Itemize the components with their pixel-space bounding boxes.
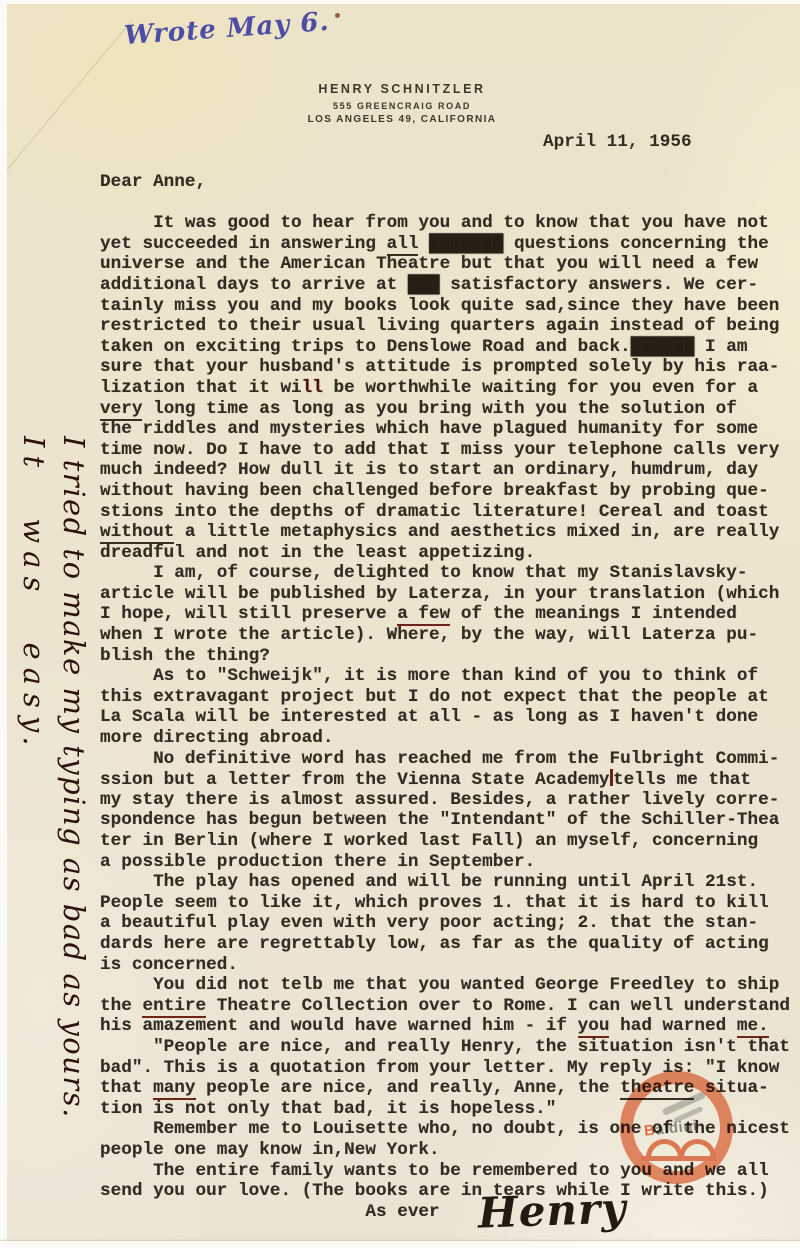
letter-line: when I wrote the article). Where, by the… — [100, 625, 790, 646]
typed-text: article will be published by Laterza, in… — [100, 584, 779, 604]
letter-line: additional days to arrive at ███ satisfa… — [100, 275, 790, 296]
letter-line: more directing abroad. — [100, 728, 790, 749]
underlined-text: you — [578, 1016, 610, 1038]
typed-text: additional days to arrive at — [100, 275, 408, 295]
letter-line: lization that it will be worthwhile wait… — [100, 378, 790, 399]
letter-line: stions into the depths of dramatic liter… — [100, 502, 790, 523]
typed-text: tion is not only that bad, it is hopeles… — [100, 1099, 556, 1119]
typed-text — [418, 234, 429, 254]
letter-line: article will be published by Laterza, in… — [100, 584, 790, 605]
letter-line: As to "Schweijk", it is more than kind o… — [100, 666, 790, 687]
crossed-out-text: ███ — [408, 275, 440, 295]
ink-speck — [335, 13, 340, 18]
letter-line: I am, of course, delighted to know that … — [100, 563, 790, 584]
typed-text: yet succeeded in answering — [100, 234, 387, 254]
letter-line: send you our love. (The books are in tea… — [100, 1181, 790, 1202]
letter-line: very long time as long as you bring with… — [100, 399, 790, 420]
letter-line: The play has opened and will be running … — [100, 872, 790, 893]
typed-text: had warned — [609, 1016, 736, 1036]
typed-text: that — [100, 1078, 153, 1098]
letter-line: La Scala will be interested at all - as … — [100, 707, 790, 728]
typed-text: dreadful and not in the least appetizing… — [100, 543, 535, 563]
typed-text: time now. Do I have to add that I miss y… — [100, 440, 779, 460]
letter-line: sure that your husband's attitude is pro… — [100, 357, 790, 378]
typed-text: his amazement and would have warned him … — [100, 1016, 578, 1036]
underlined-text: entire — [142, 996, 206, 1018]
typed-text: without having been challenged before br… — [100, 481, 769, 501]
letter-line: ter in Berlin (where I worked last Fall)… — [100, 831, 790, 852]
paragraphs: It was good to hear from you and to know… — [100, 213, 790, 1202]
typed-text: dards here are regrettably low, as far a… — [100, 934, 769, 954]
typed-text: tainly miss you and my books look quite … — [100, 296, 779, 316]
margin-note-line: I tried to make my typing as bad as your… — [54, 436, 94, 1076]
underlined-text: me. — [737, 1016, 769, 1038]
letter-line: dreadful and not in the least appetizing… — [100, 543, 790, 564]
letter-date: April 11, 1956 — [543, 132, 692, 152]
letter-line: yet succeeded in answering all ███████ q… — [100, 234, 790, 255]
letter-line: ssion but a letter from the Vienna State… — [100, 769, 790, 790]
letter-line: taken on exciting trips to Denslowe Road… — [100, 337, 790, 358]
handwritten-date-note: Wrote May 6. — [123, 7, 330, 51]
letter-line: time now. Do I have to add that I miss y… — [100, 440, 790, 461]
typed-text: the riddles and mysteries which have pla… — [100, 419, 758, 439]
typed-text: I am, of course, delighted to know that … — [100, 563, 747, 583]
typed-text: Theatre Collection over to Rome. I can w… — [206, 996, 790, 1016]
letter-line: People seem to like it, which proves 1. … — [100, 893, 790, 914]
letter-line: restricted to their usual living quarter… — [100, 316, 790, 337]
letterhead-street: 555 GREENCRAIG ROAD — [250, 101, 554, 111]
typed-text: La Scala will be interested at all - as … — [100, 707, 758, 727]
letter-line: "People are nice, and really Henry, the … — [100, 1037, 790, 1058]
letter-line: I hope, will still preserve a few of the… — [100, 604, 790, 625]
crossed-out-text: ██████ — [631, 337, 695, 357]
typed-text: You did not telb me that you wanted Geor… — [100, 975, 779, 995]
letterhead-name: HENRY SCHNITZLER — [250, 82, 554, 96]
open-book-icon — [641, 1156, 711, 1161]
underlined-text: a few — [397, 604, 450, 626]
typed-text: As to "Schweijk", it is more than kind o… — [100, 666, 758, 686]
typed-text: ter in Berlin (where I worked last Fall)… — [100, 831, 758, 851]
ink-corrected-text: ll — [302, 378, 323, 398]
typed-text: satisfactory answers. We cer- — [440, 275, 758, 295]
typed-text: of the meanings I intended — [450, 604, 737, 624]
scan-edge-top — [0, 0, 800, 4]
typed-text: blish the thing? — [100, 646, 270, 666]
underlined-text: without — [100, 522, 174, 544]
letter-line: No definitive word has reached me from t… — [100, 749, 790, 770]
letter-line: blish the thing? — [100, 646, 790, 667]
blank-line — [100, 193, 790, 214]
stamp-brand-text: Baldini — [643, 1117, 698, 1140]
typed-text: sure that your husband's attitude is pro… — [100, 357, 779, 377]
letter-line: tainly miss you and my books look quite … — [100, 296, 790, 317]
typed-text: ssion but a letter from the Vienna State… — [100, 770, 609, 790]
letterhead: HENRY SCHNITZLER 555 GREENCRAIG ROAD LOS… — [250, 82, 554, 125]
letter-line: universe and the American Theatre but th… — [100, 254, 790, 275]
stamp-smudge — [662, 1091, 707, 1116]
typed-text: much indeed? How dull it is to start an … — [100, 460, 758, 480]
underlined-text: many — [153, 1078, 195, 1100]
typed-text: my stay there is almost assured. Besides… — [100, 790, 779, 810]
letter-line: without having been challenged before br… — [100, 481, 790, 502]
letter-line: the riddles and mysteries which have pla… — [100, 419, 790, 440]
letter-line: is concerned. — [100, 955, 790, 976]
letter-line: without a little metaphysics and aesthet… — [100, 522, 790, 543]
salutation: Dear Anne, — [100, 172, 790, 193]
letter-line: the entire Theatre Collection over to Ro… — [100, 996, 790, 1017]
letter-line: his amazement and would have warned him … — [100, 1016, 790, 1037]
scan-edge-bottom — [0, 1241, 800, 1248]
baldini-stamp: Baldini — [620, 1071, 733, 1184]
typed-text: I am — [694, 337, 747, 357]
scan-edge-left — [0, 0, 7, 1248]
typed-text: people are nice, and really, Anne, the — [196, 1078, 621, 1098]
typed-text: universe and the American Theatre but th… — [100, 254, 758, 274]
typed-text: stions into the depths of dramatic liter… — [100, 502, 769, 522]
crossed-out-text: ███████ — [429, 234, 503, 254]
letter-line: It was good to hear from you and to know… — [100, 213, 790, 234]
typed-text: a little metaphysics and aesthetics mixe… — [174, 522, 779, 542]
typed-text: lization that it wi — [100, 378, 302, 398]
letter-line: my stay there is almost assured. Besides… — [100, 790, 790, 811]
typed-text: long time as long as you bring with you … — [142, 399, 736, 419]
letterhead-city: LOS ANGELES 49, CALIFORNIA — [250, 114, 554, 125]
typed-text: It was good to hear from you and to know… — [100, 213, 769, 233]
typed-text: "People are nice, and really Henry, the … — [100, 1037, 790, 1057]
margin-note: I tried to make my typing as bad as your… — [14, 436, 94, 1076]
stamp-initial: B — [643, 1122, 656, 1140]
typed-text: more directing abroad. — [100, 728, 334, 748]
typed-text: taken on exciting trips to Denslowe Road… — [100, 337, 631, 357]
typed-text: when I wrote the article). Where, by the… — [100, 625, 758, 645]
typed-text: questions concerning the — [503, 234, 768, 254]
typed-text: I hope, will still preserve — [100, 604, 397, 624]
typed-text: spondence has begun between the "Intenda… — [100, 810, 779, 830]
typed-text: send you our love. (The books are in tea… — [100, 1181, 769, 1201]
letter-line: You did not telb me that you wanted Geor… — [100, 975, 790, 996]
typed-text: a beautiful play even with very poor act… — [100, 913, 758, 933]
closing: As ever — [100, 1202, 790, 1223]
typed-text: tells me that — [613, 770, 751, 790]
letter-line: spondence has begun between the "Intenda… — [100, 810, 790, 831]
typed-text: People seem to like it, which proves 1. … — [100, 893, 769, 913]
letter-line: much indeed? How dull it is to start an … — [100, 460, 790, 481]
letter-line: dards here are regrettably low, as far a… — [100, 934, 790, 955]
typed-text: is concerned. — [100, 955, 238, 975]
underlined-text: all — [387, 234, 419, 256]
letter-body: Dear Anne, It was good to hear from you … — [100, 172, 790, 1222]
paper-crease — [0, 20, 133, 182]
typed-text: people one may know in,New York. — [100, 1140, 440, 1160]
typed-text: The play has opened and will be running … — [100, 872, 758, 892]
typed-text: this extravagant project but I do not ex… — [100, 687, 769, 707]
letter-line: this extravagant project but I do not ex… — [100, 687, 790, 708]
typed-text: the — [100, 996, 142, 1016]
letter-line: a possible production there in September… — [100, 852, 790, 873]
margin-note-line: It was easy. — [14, 436, 54, 1076]
underlined-text: very — [100, 399, 142, 421]
typed-text: be worthwhile waiting for you even for a — [323, 378, 758, 398]
typed-text: a possible production there in September… — [100, 852, 535, 872]
typed-text: restricted to their usual living quarter… — [100, 316, 779, 336]
letter-line: a beautiful play even with very poor act… — [100, 913, 790, 934]
typed-text: No definitive word has reached me from t… — [100, 749, 779, 769]
